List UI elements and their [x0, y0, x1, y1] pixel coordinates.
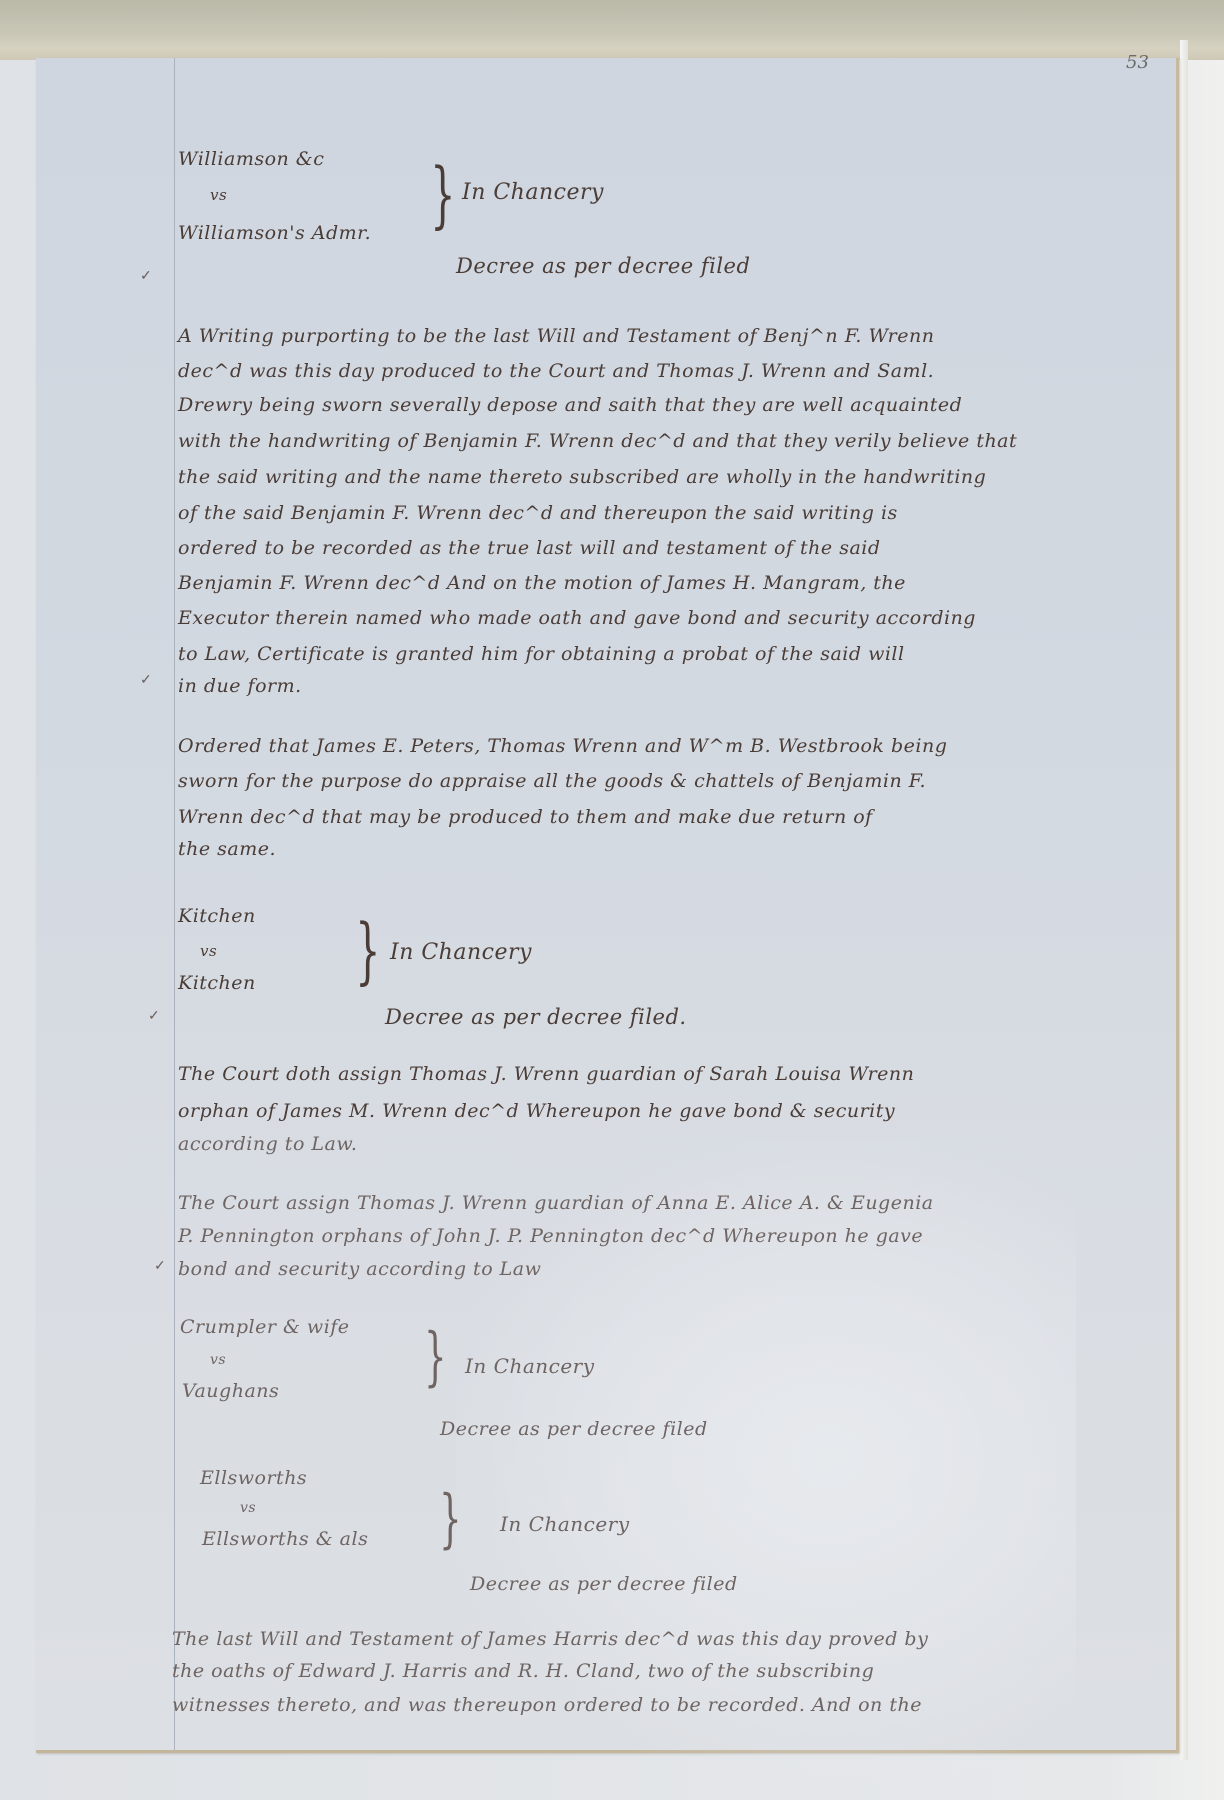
versus: vs [200, 942, 217, 960]
margin-check-icon: ✓ [148, 1008, 160, 1024]
text-line: to Law, Certificate is granted him for o… [178, 643, 905, 665]
text-line: P. Pennington orphans of John J. P. Penn… [178, 1225, 923, 1247]
text-line: Benjamin F. Wrenn dec^d And on the motio… [178, 572, 906, 594]
text-line: ordered to be recorded as the true last … [178, 537, 881, 559]
margin-check-icon: ✓ [140, 268, 152, 284]
text-line: witnesses thereto, and was thereupon ord… [172, 1694, 922, 1716]
decree-text: Decree as per decree filed [456, 254, 750, 278]
defendant: Kitchen [178, 972, 256, 994]
text-line: the same. [178, 838, 276, 860]
plaintiff: Crumpler & wife [180, 1316, 350, 1338]
text-line: according to Law. [178, 1133, 357, 1155]
text-line: with the handwriting of Benjamin F. Wren… [178, 430, 1017, 452]
text-line: dec^d was this day produced to the Court… [178, 360, 934, 382]
text-line: orphan of James M. Wrenn dec^d Whereupon… [178, 1100, 895, 1122]
text-line: of the said Benjamin F. Wrenn dec^d and … [178, 502, 898, 524]
text-line: sworn for the purpose do appraise all th… [178, 770, 926, 792]
text-line: The Court doth assign Thomas J. Wrenn gu… [178, 1063, 914, 1085]
text-line: The last Will and Testament of James Har… [172, 1628, 928, 1650]
court-label: In Chancery [500, 1512, 630, 1536]
court-label: In Chancery [465, 1354, 595, 1378]
brace-icon: } [424, 1320, 446, 1394]
decree-text: Decree as per decree filed. [385, 1005, 687, 1029]
versus: vs [240, 1500, 256, 1516]
text-line: Ordered that James E. Peters, Thomas Wre… [178, 735, 947, 757]
defendant: Vaughans [182, 1380, 279, 1402]
margin-line [174, 58, 175, 1750]
text-line: The Court assign Thomas J. Wrenn guardia… [178, 1192, 934, 1214]
decree-text: Decree as per decree filed [440, 1418, 708, 1440]
binder-top-band [0, 0, 1224, 60]
text-line: Drewry being sworn severally depose and … [178, 394, 962, 416]
text-line: A Writing purporting to be the last Will… [178, 325, 935, 347]
text-line: Wrenn dec^d that may be produced to them… [178, 806, 873, 828]
margin-check-icon: ✓ [140, 672, 152, 688]
text-line: the oaths of Edward J. Harris and R. H. … [172, 1660, 874, 1682]
decree-text: Decree as per decree filed [470, 1573, 738, 1595]
text-line: in due form. [178, 675, 302, 697]
page-number: 53 [1126, 52, 1149, 73]
defendant: Ellsworths & als [202, 1528, 368, 1550]
court-label: In Chancery [390, 940, 532, 965]
versus: vs [210, 1352, 226, 1368]
plaintiff: Kitchen [178, 905, 256, 927]
defendant: Williamson's Admr. [178, 222, 371, 244]
brace-icon: } [355, 908, 380, 992]
brace-icon: } [430, 152, 455, 236]
margin-check-icon: ✓ [154, 1258, 166, 1274]
plaintiff: Ellsworths [200, 1467, 307, 1489]
brace-icon: } [439, 1482, 461, 1556]
text-line: Executor therein named who made oath and… [178, 607, 976, 629]
versus: vs [210, 186, 227, 204]
sleeve-edge [1180, 40, 1188, 1760]
plaintiff: Williamson &c [178, 148, 324, 170]
text-line: bond and security according to Law [178, 1258, 541, 1280]
text-line: the said writing and the name thereto su… [178, 466, 986, 488]
court-label: In Chancery [462, 180, 604, 205]
